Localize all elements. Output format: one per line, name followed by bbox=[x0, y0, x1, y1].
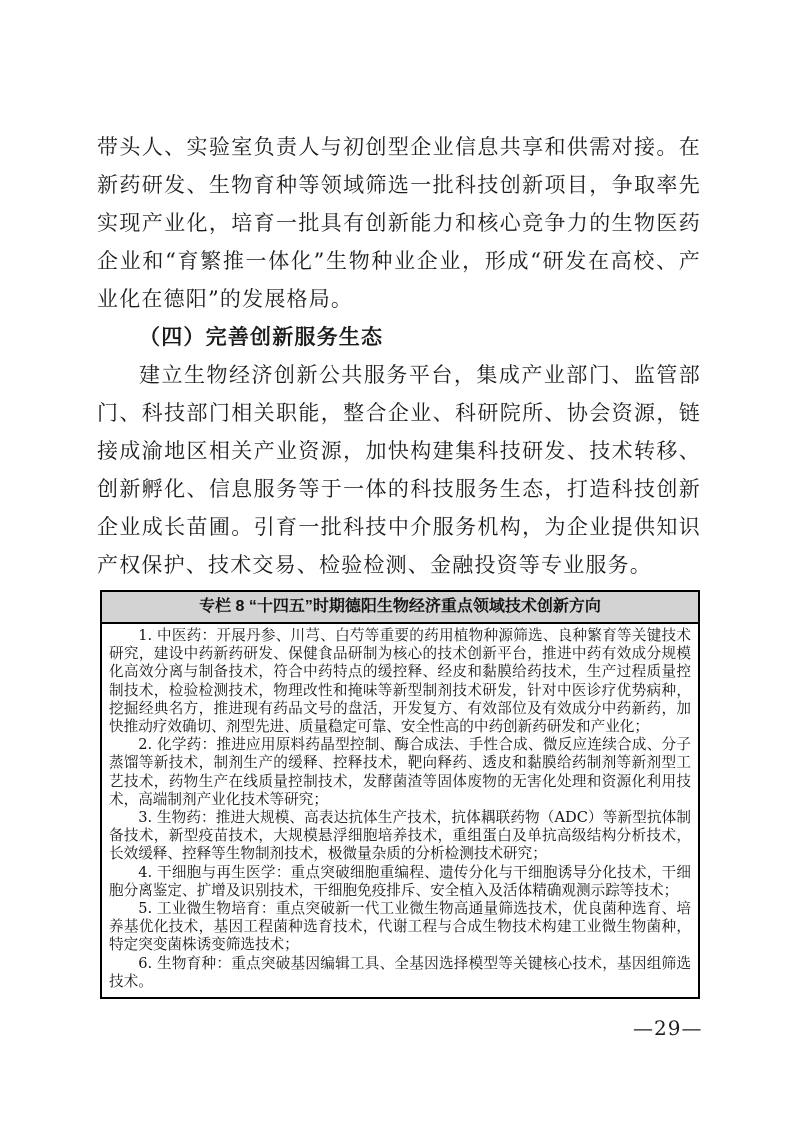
section-heading: （四）完善创新服务生态 bbox=[97, 318, 701, 356]
special-column-content: 1. 中医药：开展丹参、川芎、白芍等重要的药用植物种源筛选、良种繁育等关键技术研… bbox=[102, 624, 698, 997]
paragraph-continuation: 带头人、实验室负责人与初创型企业信息共享和供需对接。在新药研发、生物育种等领域筛… bbox=[97, 128, 701, 318]
box-item-tcm: 1. 中医药：开展丹参、川芎、白芍等重要的药用植物种源筛选、良种繁育等关键技术研… bbox=[109, 627, 691, 736]
special-column-box: 专栏 8 “十四五”时期德阳生物经济重点领域技术创新方向 1. 中医药：开展丹参… bbox=[100, 590, 700, 999]
box-item-bio-breeding: 6. 生物育种：重点突破基因编辑工具、全基因选择模型等关键核心技术，基因组筛选技… bbox=[109, 955, 691, 991]
page-number: —29— bbox=[633, 1016, 702, 1040]
box-item-industrial-microbes: 5. 工业微生物培育：重点突破新一代工业微生物高通量筛选技术，优良菌种选育、培养… bbox=[109, 900, 691, 955]
body-text-block: 带头人、实验室负责人与初创型企业信息共享和供需对接。在新药研发、生物育种等领域筛… bbox=[97, 128, 701, 584]
paragraph-body: 建立生物经济创新公共服务平台，集成产业部门、监管部门、科技部门相关职能，整合企业… bbox=[97, 356, 701, 584]
document-page: 带头人、实验室负责人与初创型企业信息共享和供需对接。在新药研发、生物育种等领域筛… bbox=[0, 0, 793, 1122]
box-item-stem-cells: 4. 干细胞与再生医学：重点突破细胞重编程、遗传分化与干细胞诱导分化技术，干细胞… bbox=[109, 864, 691, 900]
box-item-chemical-drugs: 2. 化学药：推进应用原料药晶型控制、酶合成法、手性合成、微反应连续合成、分子蒸… bbox=[109, 736, 691, 809]
box-item-biologics: 3. 生物药：推进大规模、高表达抗体生产技术，抗体耦联药物（ADC）等新型抗体制… bbox=[109, 809, 691, 864]
special-column-title: 专栏 8 “十四五”时期德阳生物经济重点领域技术创新方向 bbox=[102, 592, 698, 624]
